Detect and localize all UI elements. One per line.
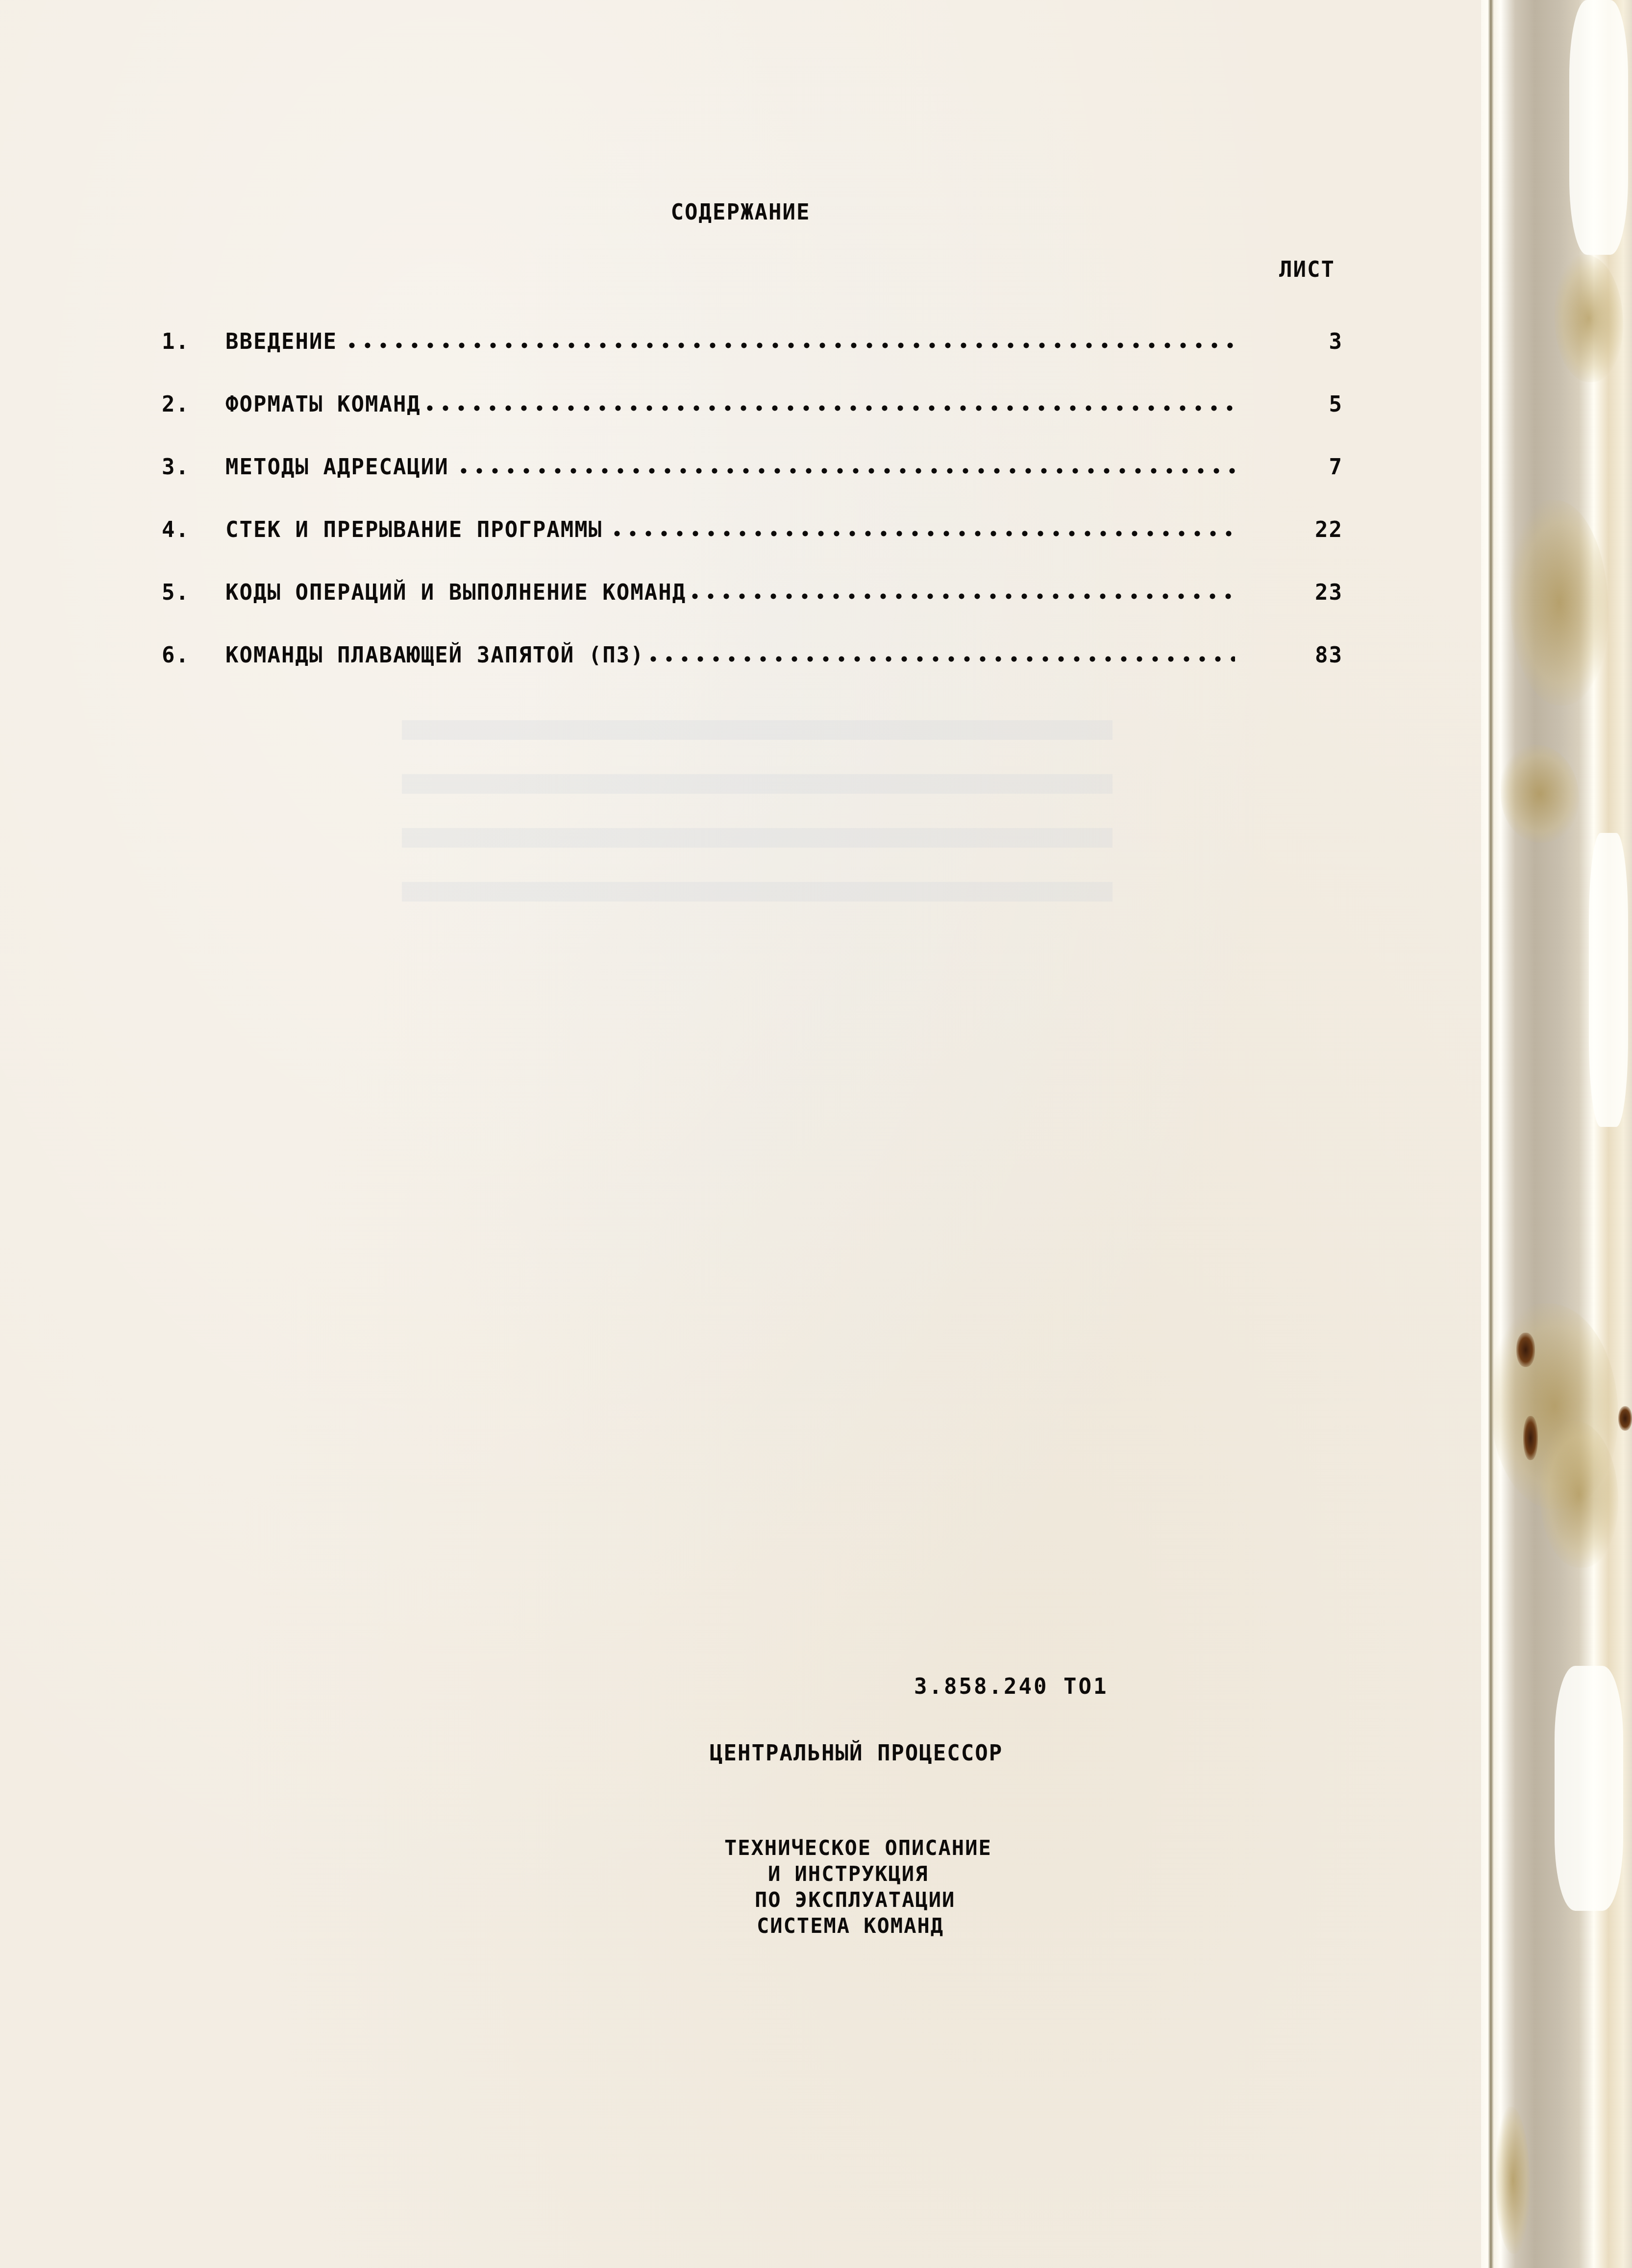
toc-entry-number: 5. (162, 580, 225, 605)
toc-entry-title: КОМАНДЫ ПЛАВАЮЩЕЙ ЗАПЯТОЙ (ПЗ) (225, 643, 644, 668)
toc-entry-title: МЕТОДЫ АДРЕСАЦИИ (225, 455, 449, 480)
toc-entry: 3. МЕТОДЫ АДРЕСАЦИИ 7 (162, 453, 1343, 515)
toc-entry-page: 7 (1289, 455, 1343, 480)
description-line: ПО ЭКСПЛУАТАЦИИ (755, 1887, 992, 1913)
document-description: ТЕХНИЧЕСКОЕ ОПИСАНИЕ И ИНСТРУКЦИЯ ПО ЭКС… (724, 1835, 992, 1939)
contents-heading: СОДЕРЖАНИЕ (0, 200, 1481, 225)
dot-leader (422, 390, 1235, 412)
table-of-contents: 1. ВВЕДЕНИЕ 3 2. ФОРМАТЫ КОМАНД 5 3. МЕТ… (162, 327, 1343, 704)
torn-binding-edge (1481, 0, 1632, 2268)
toc-entry-number: 4. (162, 517, 225, 542)
dot-leader (456, 453, 1235, 474)
binding-stain (1510, 500, 1608, 706)
binding-hole (1516, 1333, 1535, 1367)
toc-entry-number: 6. (162, 643, 225, 668)
toc-entry: 5. КОДЫ ОПЕРАЦИЙ И ВЫПОЛНЕНИЕ КОМАНД 23 (162, 578, 1343, 641)
product-name: ЦЕНТРАЛЬНЫЙ ПРОЦЕССОР (710, 1741, 1003, 1766)
reverse-side-bleed-through (402, 686, 1113, 911)
document-page: СОДЕРЖАНИЕ ЛИСТ 1. ВВЕДЕНИЕ 3 2. ФОРМАТЫ… (0, 0, 1481, 2268)
binding-fiber (1589, 833, 1628, 1127)
dot-leader (645, 641, 1235, 662)
description-line: СИСТЕМА КОМАНД (757, 1913, 992, 1939)
toc-entry: 4. СТЕК И ПРЕРЫВАНИЕ ПРОГРАММЫ 22 (162, 515, 1343, 578)
binding-stain (1496, 2107, 1530, 2254)
toc-entry-number: 1. (162, 329, 225, 354)
toc-entry-title: ФОРМАТЫ КОМАНД (225, 392, 421, 417)
toc-entry: 2. ФОРМАТЫ КОМАНД 5 (162, 390, 1343, 453)
binding-hole (1523, 1416, 1538, 1460)
toc-entry: 6. КОМАНДЫ ПЛАВАЮЩЕЙ ЗАПЯТОЙ (ПЗ) 83 (162, 641, 1343, 704)
document-designation: 3.858.240 ТО1 (914, 1674, 1108, 1699)
dot-leader (344, 327, 1235, 349)
toc-entry-page: 83 (1289, 643, 1343, 668)
dot-leader (609, 515, 1235, 537)
toc-entry-title: ВВЕДЕНИЕ (225, 329, 337, 354)
toc-entry-page: 3 (1289, 329, 1343, 354)
toc-entry-number: 3. (162, 455, 225, 480)
toc-entry-page: 23 (1289, 580, 1343, 605)
toc-entry-title: КОДЫ ОПЕРАЦИЙ И ВЫПОЛНЕНИЕ КОМАНД (225, 580, 686, 605)
binding-hole (1618, 1406, 1632, 1431)
binding-stain (1501, 745, 1579, 843)
dot-leader (687, 578, 1235, 600)
toc-entry-number: 2. (162, 392, 225, 417)
binding-stain (1555, 255, 1623, 382)
binding-fiber (1569, 0, 1628, 255)
toc-entry-page: 5 (1289, 392, 1343, 417)
binding-fiber (1555, 1666, 1623, 1911)
page-column-label: ЛИСТ (1279, 257, 1335, 282)
toc-entry: 1. ВВЕДЕНИЕ 3 (162, 327, 1343, 390)
description-line: И ИНСТРУКЦИЯ (768, 1861, 992, 1887)
toc-entry-title: СТЕК И ПРЕРЫВАНИЕ ПРОГРАММЫ (225, 517, 602, 542)
toc-entry-page: 22 (1289, 517, 1343, 542)
description-line: ТЕХНИЧЕСКОЕ ОПИСАНИЕ (724, 1835, 992, 1861)
